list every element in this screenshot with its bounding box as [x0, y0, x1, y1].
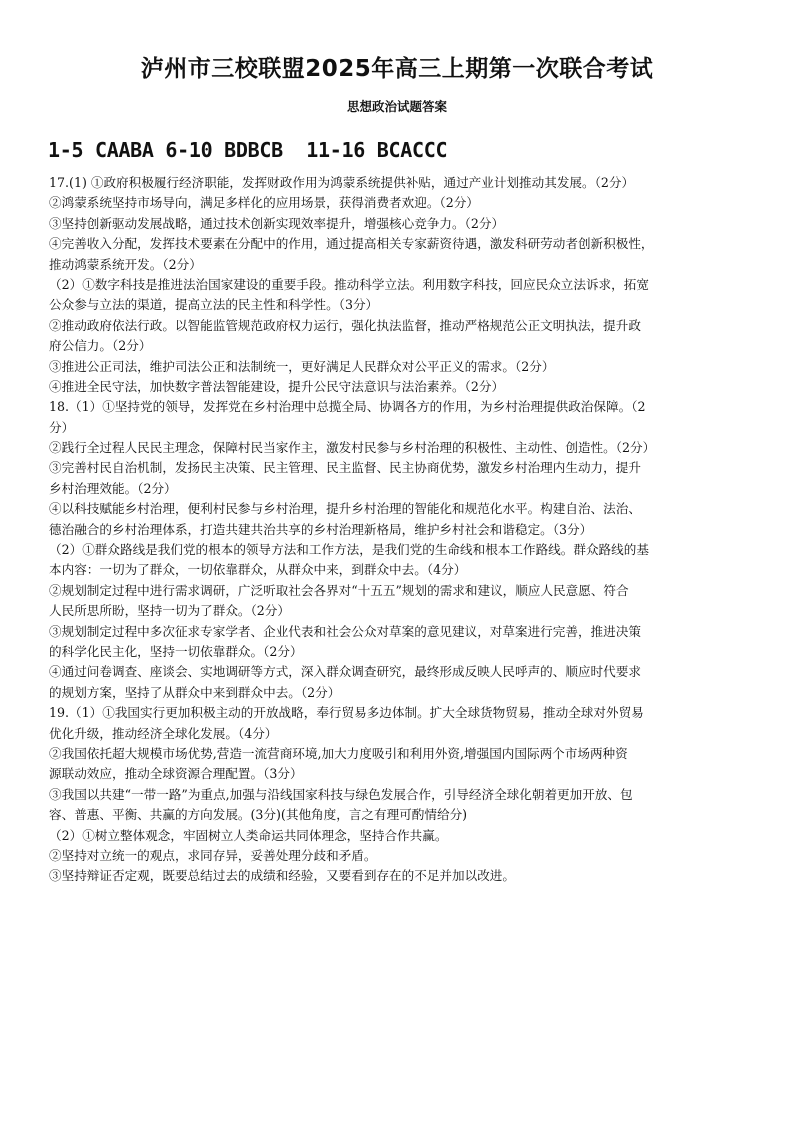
- answer-line: 容、普惠、平衡、共赢的方向发展。(3分)(其他角度，言之有理可酌情给分): [49, 805, 749, 825]
- answer-key-page: 泸州市三校联盟2025年高三上期第一次联合考试 思想政治试题答案 1-5 CAA…: [0, 0, 794, 1122]
- answer-line: ②坚持对立统一的观点，求同存异，妥善处理分歧和矛盾。: [49, 846, 749, 866]
- answer-line: ③规划制定过程中多次征求专家学者、企业代表和社会公众对草案的意见建议，对草案进行…: [49, 622, 749, 642]
- answer-line: ②推动政府依法行政。以智能监管规范政府权力运行，强化执法监督，推动严格规范公正文…: [49, 316, 749, 336]
- answer-line: ②我国依托超大规模市场优势,营造一流营商环境,加大力度吸引和利用外资,增强国内国…: [49, 744, 749, 764]
- answer-line: ④以科技赋能乡村治理，便利村民参与乡村治理，提升乡村治理的智能化和规范化水平。构…: [49, 499, 749, 519]
- answer-line: ③完善村民自治机制，发扬民主决策、民主管理、民主监督、民主协商优势，激发乡村治理…: [49, 458, 749, 478]
- answer-line: ④推进全民守法，加快数字普法智能建设，提升公民守法意识与法治素养。（2分）: [49, 377, 749, 397]
- answer-line: ③坚持辩证否定观，既要总结过去的成绩和经验，又要看到存在的不足并加以改进。: [49, 866, 749, 886]
- answer-line: 推动鸿蒙系统开发。（2分）: [49, 255, 749, 275]
- answer-line: 优化升级，推动经济全球化发展。（4分）: [49, 724, 749, 744]
- answer-line: 17.(1) ①政府积极履行经济职能，发挥财政作用为鸿蒙系统提供补贴，通过产业计…: [49, 173, 749, 193]
- answer-line: （2）①树立整体观念，牢固树立人类命运共同体理念，坚持合作共赢。: [49, 826, 749, 846]
- answer-line: （2）①数字科技是推进法治国家建设的重要手段。推动科学立法。利用数字科技，回应民…: [49, 275, 749, 295]
- answer-line: ④完善收入分配，发挥技术要素在分配中的作用，通过提高相关专家薪资待遇，激发科研劳…: [49, 234, 749, 254]
- answer-line: 府公信力。（2分）: [49, 336, 749, 356]
- answer-line: 本内容：一切为了群众，一切依靠群众，从群众中来，到群众中去。（4分）: [49, 560, 749, 580]
- answer-line: 的规划方案，坚持了从群众中来到群众中去。（2分）: [49, 683, 749, 703]
- answer-line: ②践行全过程人民民主理念，保障村民当家作主，激发村民参与乡村治理的积极性、主动性…: [49, 438, 749, 458]
- exam-title: 泸州市三校联盟2025年高三上期第一次联合考试: [0, 50, 794, 83]
- multiple-choice-answers: 1-5 CAABA 6-10 BDBCB 11-16 BCACCC: [48, 138, 447, 162]
- answer-line: ②鸿蒙系统坚持市场导向，满足多样化的应用场景，获得消费者欢迎。（2分）: [49, 193, 749, 213]
- answer-line: ③推进公正司法，维护司法公正和法制统一，更好满足人民群众对公平正义的需求。（2分…: [49, 357, 749, 377]
- answer-line: 源联动效应，推动全球资源合理配置。（3分）: [49, 764, 749, 784]
- answer-line: ④通过问卷调查、座谈会、实地调研等方式，深入群众调查研究，最终形成反映人民呼声的…: [49, 662, 749, 682]
- answer-line: 18.（1）①坚持党的领导，发挥党在乡村治理中总揽全局、协调各方的作用，为乡村治…: [49, 397, 749, 417]
- answer-line: 分）: [49, 418, 749, 438]
- answer-line: 德治融合的乡村治理体系，打造共建共治共享的乡村治理新格局，维护乡村社会和谐稳定。…: [49, 520, 749, 540]
- answer-line: ③我国以共建“一带一路”为重点,加强与沿线国家科技与绿色发展合作，引导经济全球化…: [49, 785, 749, 805]
- exam-subtitle: 思想政治试题答案: [0, 97, 794, 115]
- answer-line: 乡村治理效能。（2分）: [49, 479, 749, 499]
- answer-line: 19.（1）①我国实行更加积极主动的开放战略，奉行贸易多边体制。扩大全球货物贸易…: [49, 703, 749, 723]
- answer-line: ③坚持创新驱动发展战略，通过技术创新实现效率提升，增强核心竞争力。（2分）: [49, 214, 749, 234]
- answer-line: 公众参与立法的渠道，提高立法的民主性和科学性。（3分）: [49, 295, 749, 315]
- answer-line: ②规划制定过程中进行需求调研，广泛听取社会各界对“十五五”规划的需求和建议，顺应…: [49, 581, 749, 601]
- answer-line: 人民所思所盼，坚持一切为了群众。（2分）: [49, 601, 749, 621]
- answer-body: 17.(1) ①政府积极履行经济职能，发挥财政作用为鸿蒙系统提供补贴，通过产业计…: [49, 173, 749, 887]
- answer-line: 的科学化民主化，坚持一切依靠群众。（2分）: [49, 642, 749, 662]
- answer-line: （2）①群众路线是我们党的根本的领导方法和工作方法，是我们党的生命线和根本工作路…: [49, 540, 749, 560]
